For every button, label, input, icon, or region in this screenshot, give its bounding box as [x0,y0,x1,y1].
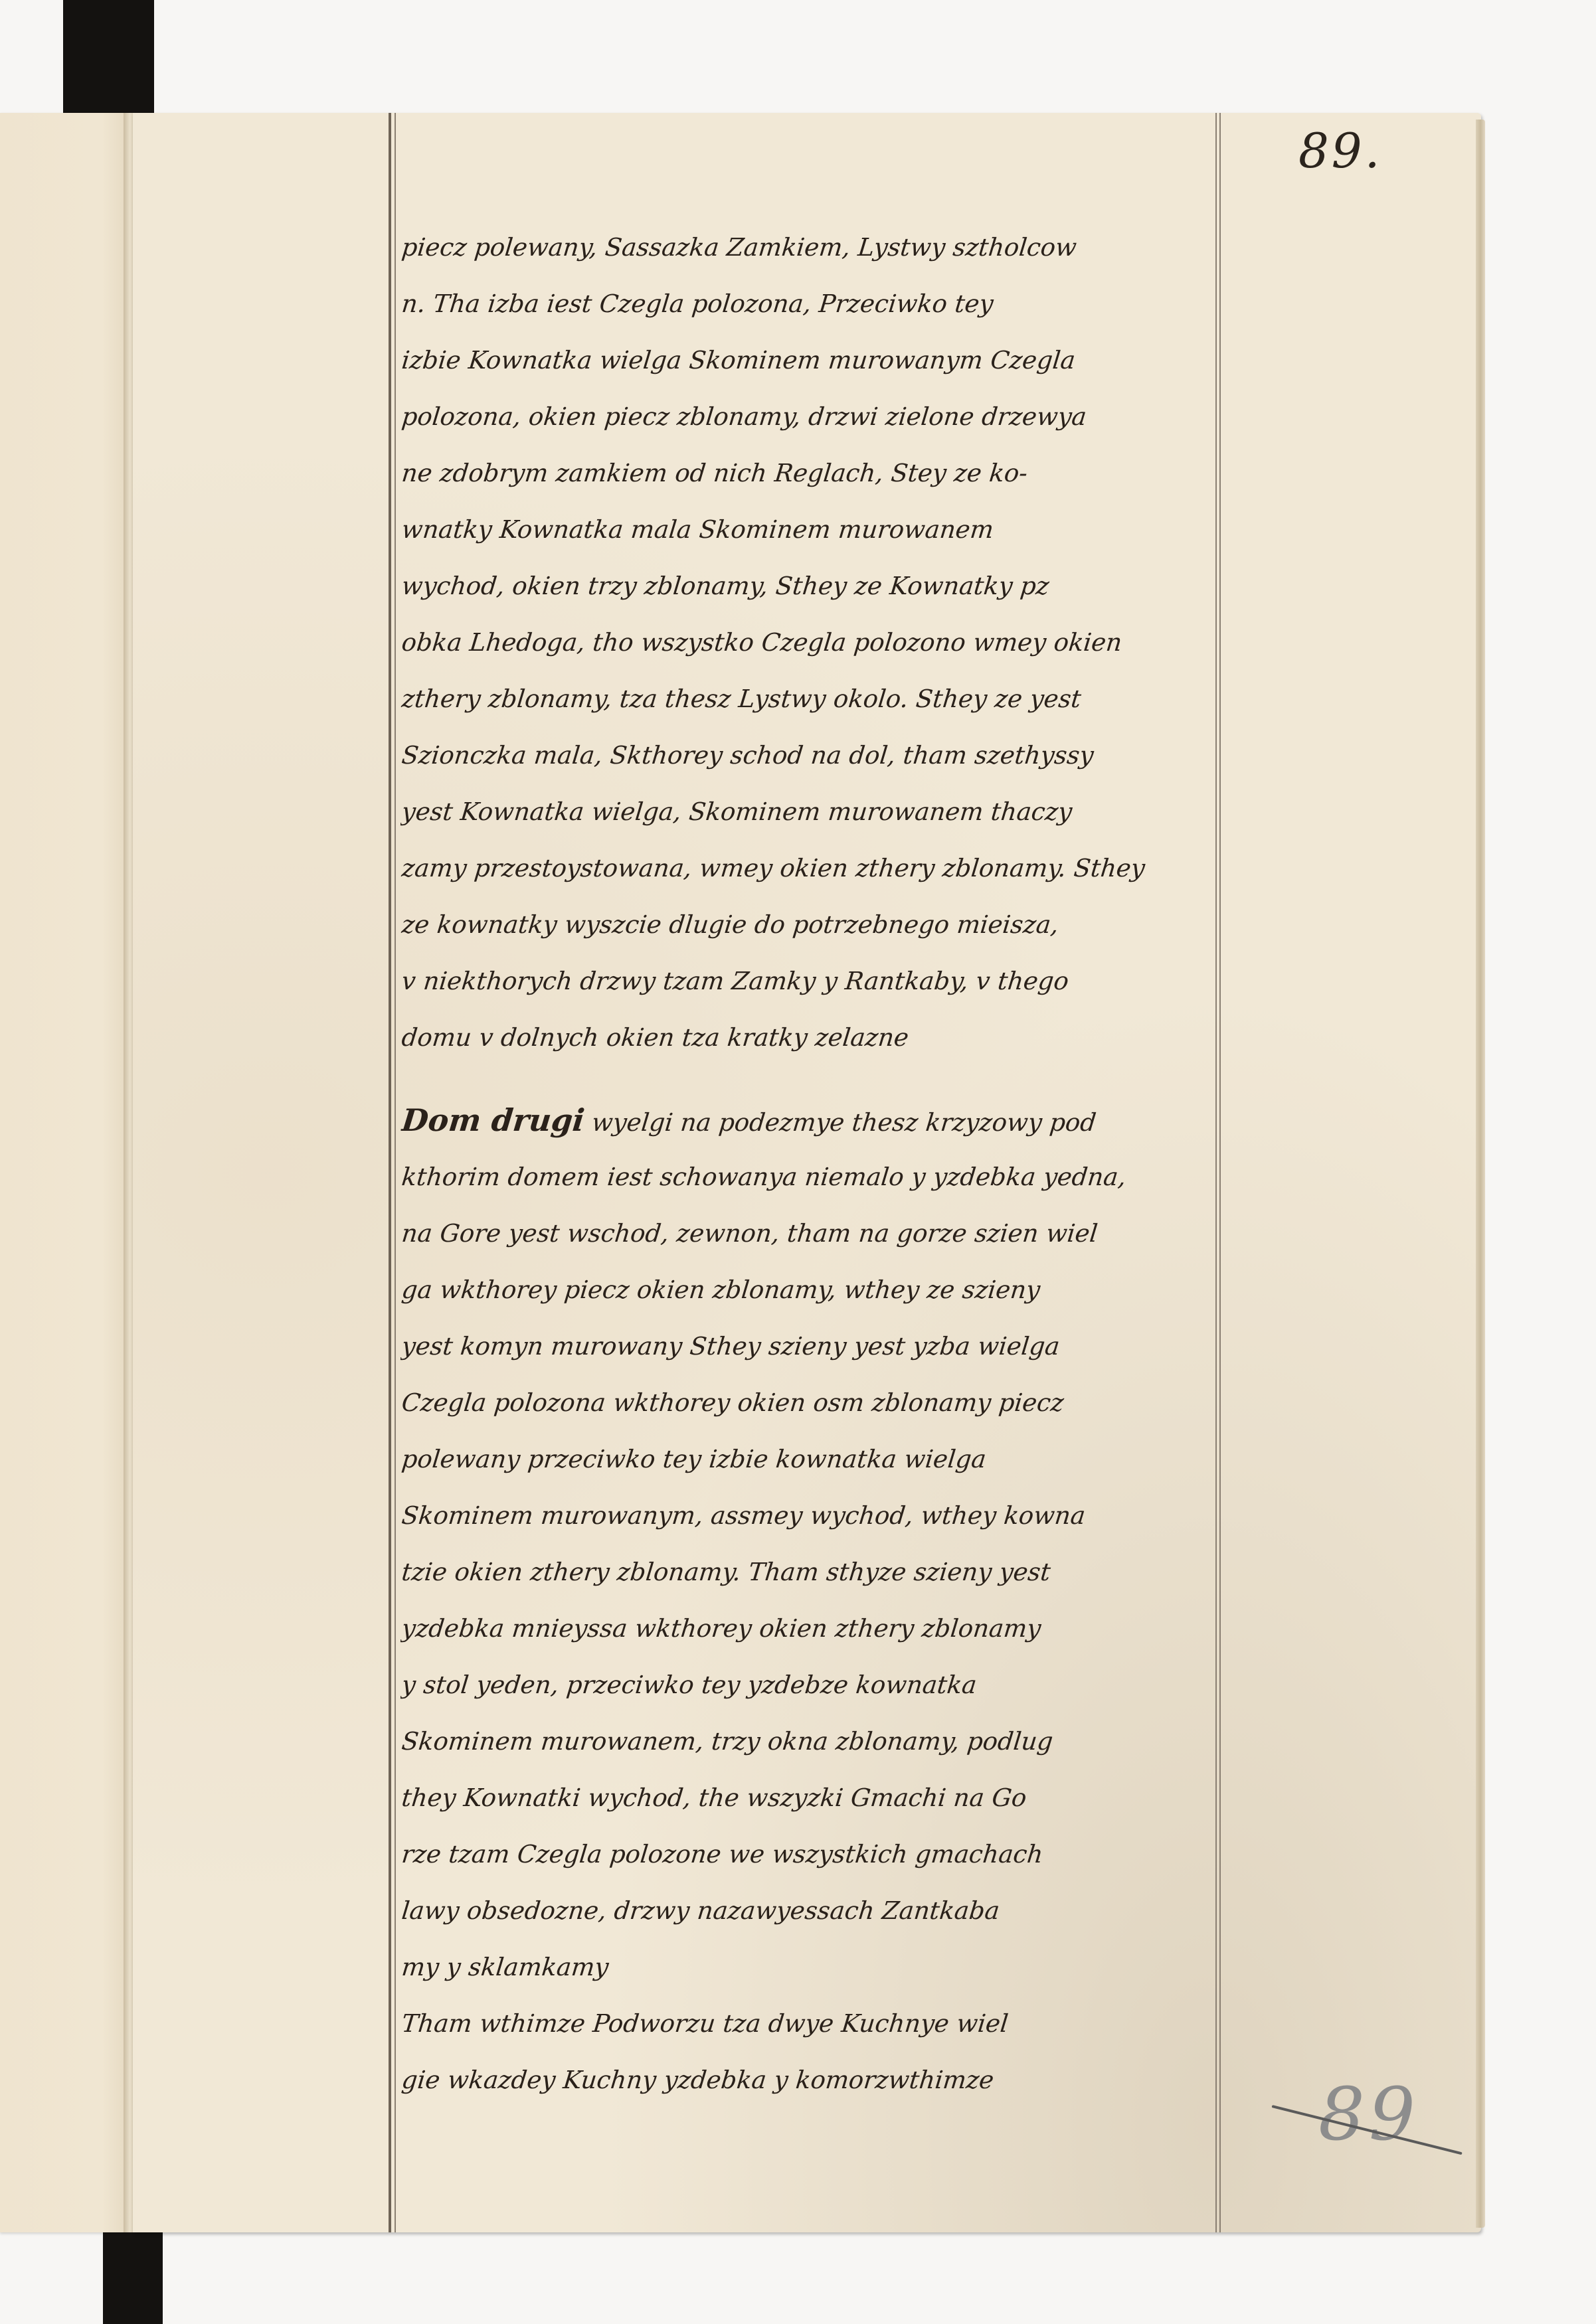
text-line: my y sklamkamy [399,1939,1225,1995]
text-line: na Gore yest wschod, zewnon, tham na gor… [399,1205,1225,1262]
text-line: wychod, okien trzy zblonamy, Sthey ze Ko… [399,558,1225,614]
text-line: they Kownatki wychod, the wszyzki Gmachi… [399,1770,1225,1826]
text-line-rest: wyelgi na podezmye thesz krzyzowy pod [590,1108,1098,1137]
text-line: domu v dolnych okien tza kratky zelazne [399,1009,1225,1066]
text-line: v niekthorych drzwy tzam Zamky y Rantkab… [399,953,1225,1009]
text-line: wnatky Kownatka mala Skominem murowanem [399,501,1225,558]
left-margin-rule [389,113,391,2232]
text-line: Dom drugi wyelgi na podezmye thesz krzyz… [399,1092,1225,1149]
text-line: Skominem murowanem, trzy okna zblonamy, … [399,1713,1225,1770]
text-line: Szionczka mala, Skthorey schod na dol, t… [399,727,1225,784]
text-line: Skominem murowanym, assmey wychod, wthey… [399,1487,1225,1544]
text-line: n. Tha izba iest Czegla polozona, Przeci… [399,276,1225,332]
folio-number-pencil: 89 [1318,2072,1419,2157]
text-line: y stol yeden, przeciwko tey yzdebze kown… [399,1657,1225,1713]
text-line: izbie Kownatka wielga Skominem murowanym… [399,332,1225,388]
text-line: polewany przeciwko tey izbie kownatka wi… [399,1431,1225,1487]
text-line: piecz polewany, Sassazka Zamkiem, Lystwy… [399,219,1225,276]
text-line: yest Kownatka wielga, Skominem murowanem… [399,784,1225,840]
text-line: ne zdobrym zamkiem od nich Reglach, Stey… [399,445,1225,501]
section-heading: Dom drugi [400,1102,586,1138]
left-page-edge [0,113,128,2232]
bookmark-ribbon-bottom [103,2232,163,2324]
paragraph-3: Tham wthimze Podworzu tza dwye Kuchnye w… [402,1995,1222,2108]
text-line: Czegla polozona wkthorey okien osm zblon… [399,1374,1225,1431]
text-line: yest komyn murowany Sthey szieny yest yz… [399,1318,1225,1374]
page-stack-edge [1476,120,1485,2228]
text-line: kthorim domem iest schowanya niemalo y y… [399,1149,1225,1205]
text-line: zamy przestoystowana, wmey okien zthery … [399,840,1225,896]
paragraph-2: Dom drugi wyelgi na podezmye thesz krzyz… [402,1092,1222,1995]
folio-number-ink: 89. [1298,123,1383,179]
text-line: Tham wthimze Podworzu tza dwye Kuchnye w… [399,1995,1225,2052]
text-line: ga wkthorey piecz okien zblonamy, wthey … [399,1262,1225,1318]
text-line: lawy obsedozne, drzwy nazawyessach Zantk… [399,1882,1225,1939]
text-line: obka Lhedoga, tho wszystko Czegla polozo… [399,614,1225,671]
text-line: yzdebka mnieyssa wkthorey okien zthery z… [399,1600,1225,1657]
text-line: tzie okien zthery zblonamy. Tham sthyze … [399,1544,1225,1600]
manuscript-text: piecz polewany, Sassazka Zamkiem, Lystwy… [402,219,1222,2108]
bookmark-ribbon-top [63,0,154,114]
text-line: zthery zblonamy, tza thesz Lystwy okolo.… [399,671,1225,727]
text-line: rze tzam Czegla polozone we wszystkich g… [399,1826,1225,1882]
text-line: polozona, okien piecz zblonamy, drzwi zi… [399,388,1225,445]
left-margin-rule-inner [395,113,396,2232]
paragraph-1: piecz polewany, Sassazka Zamkiem, Lystwy… [402,219,1222,1066]
text-line: gie wkazdey Kuchny yzdebka y komorzwthim… [399,2052,1225,2108]
text-line: ze kownatky wyszcie dlugie do potrzebneg… [399,896,1225,953]
